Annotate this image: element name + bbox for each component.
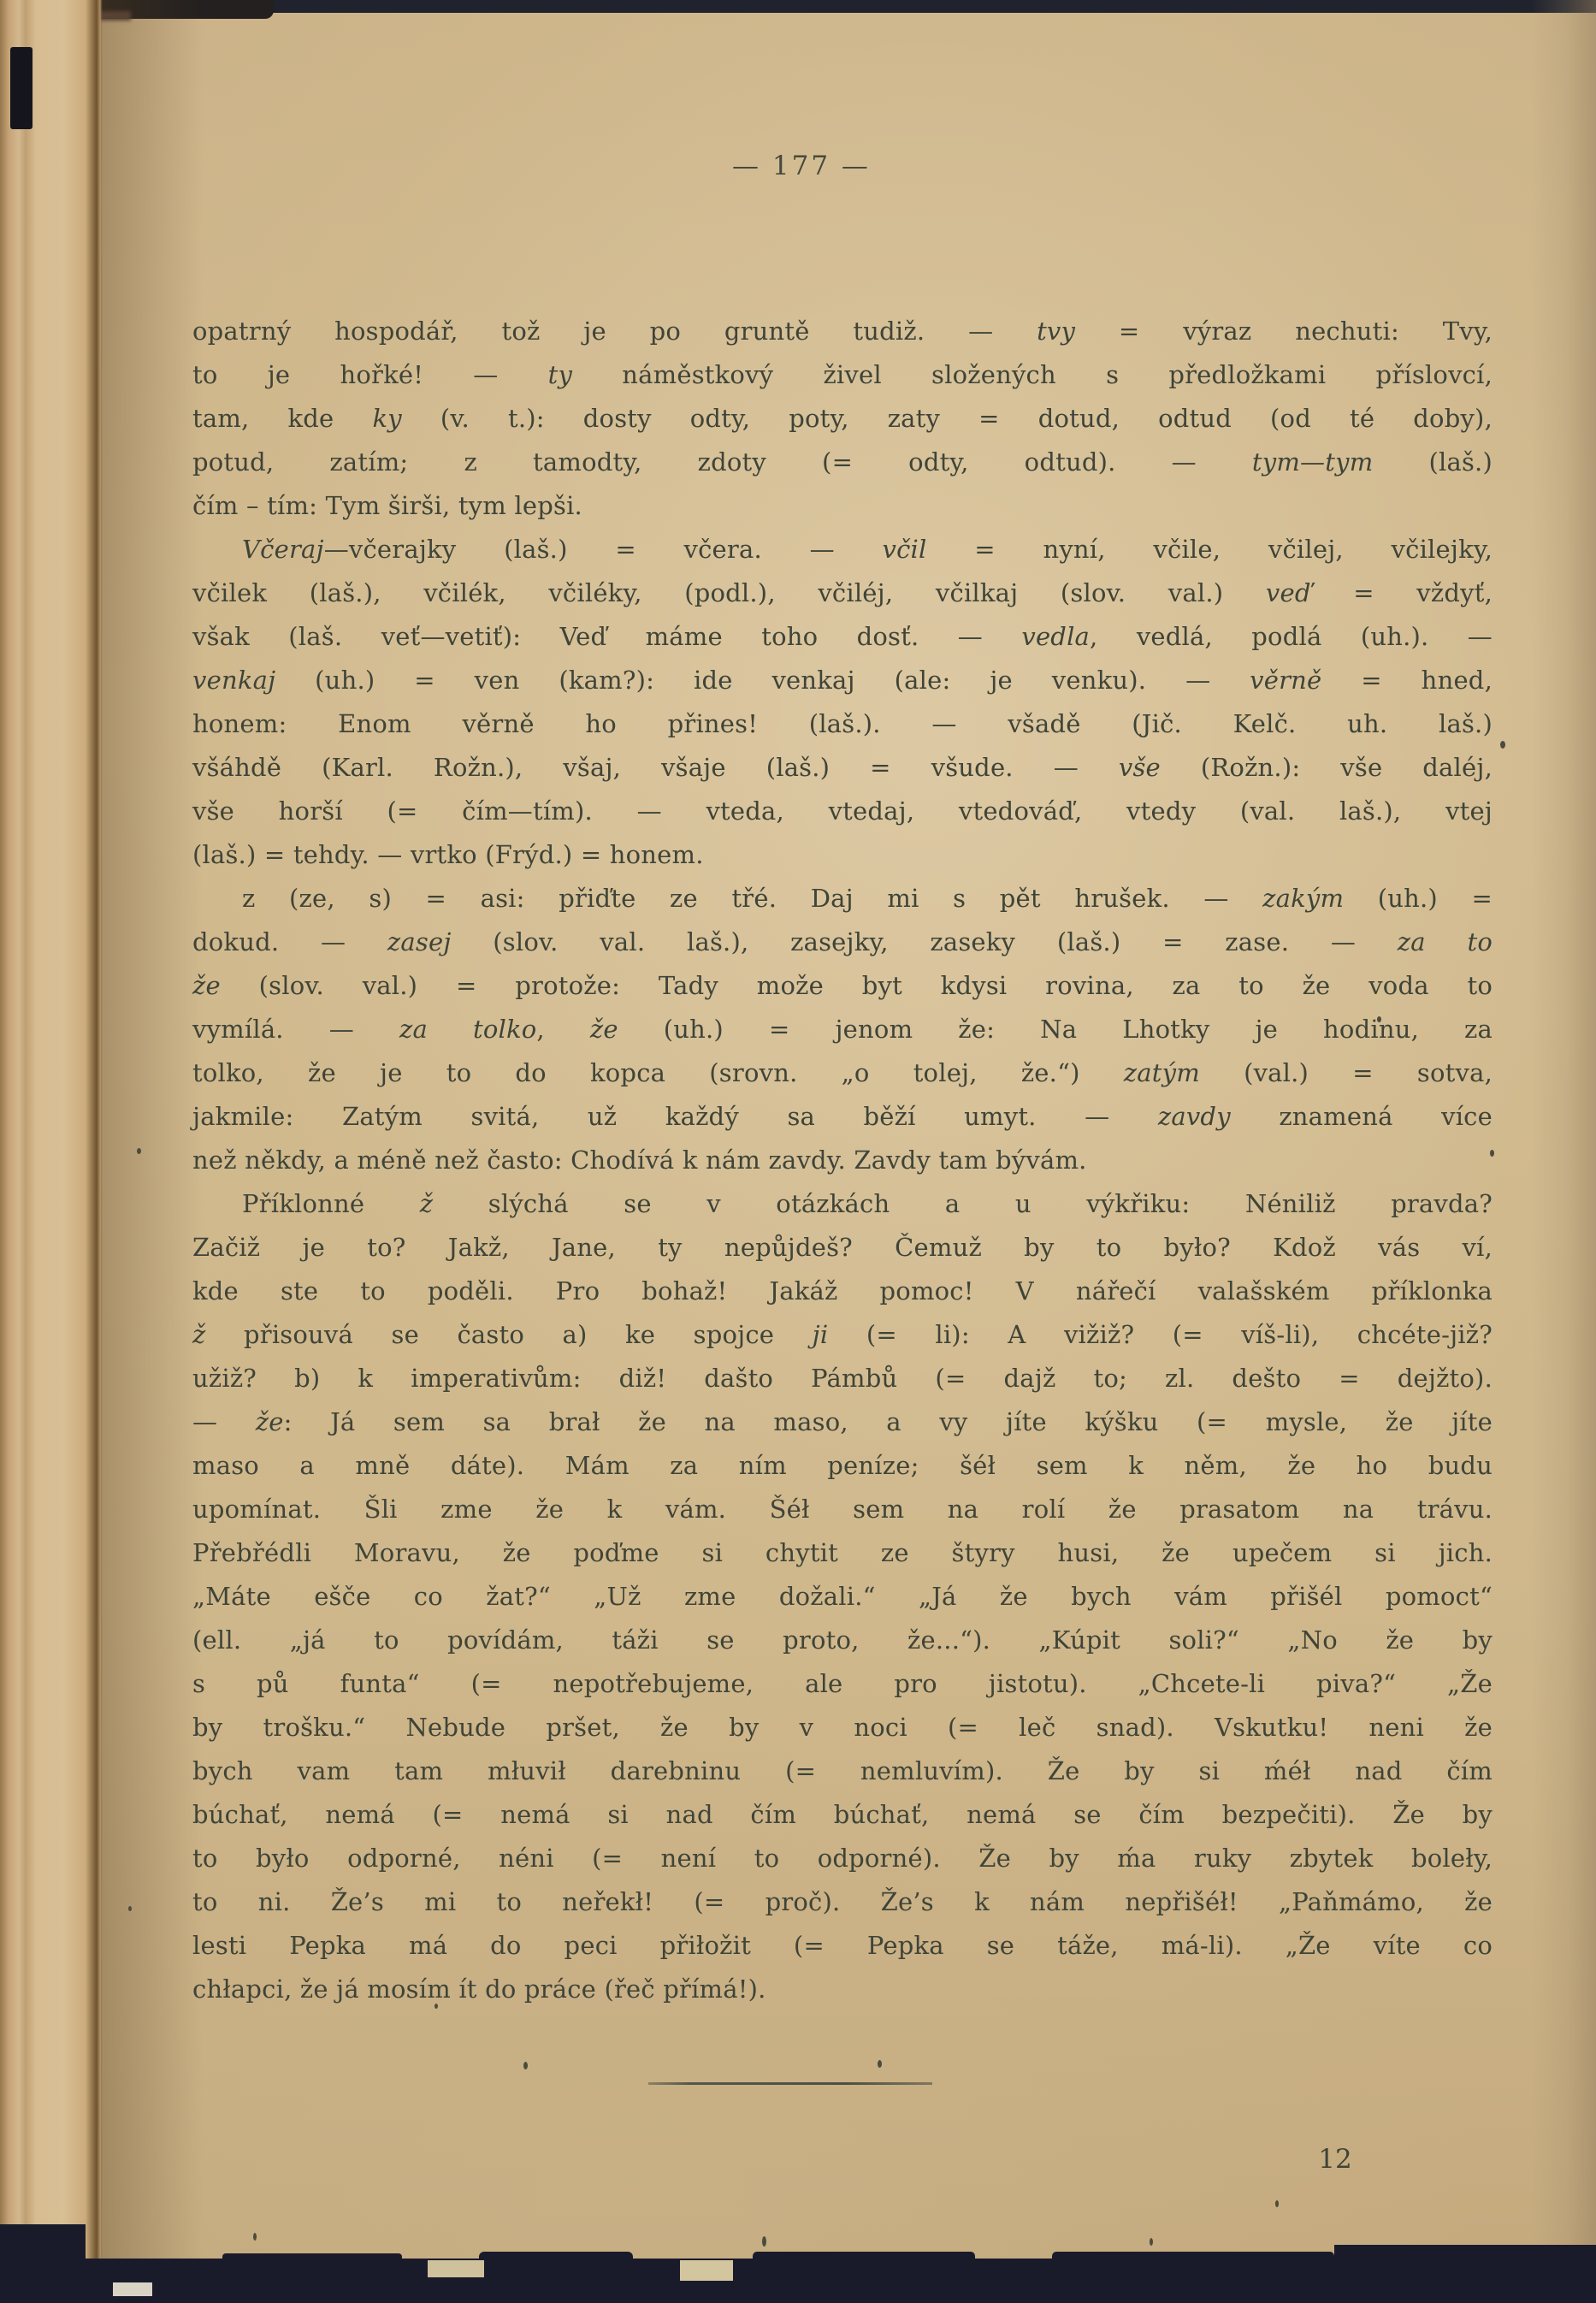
text-line: z (ze, s) = asi: přiďte ze třé. Daj mi s…: [192, 877, 1493, 921]
text-segment: to było odporné, néni (= není to odporné…: [192, 1844, 1493, 1873]
text-segment: (laš.) = tehdy. — vrtko (Frýd.) = honem.: [192, 840, 704, 869]
text-segment: (uh.) =: [1344, 884, 1493, 913]
ink-speck: [762, 2236, 766, 2247]
text-line: búchať, nemá (= nemá si nad čím búchať, …: [192, 1793, 1493, 1837]
italic-headword: tvy: [1037, 317, 1075, 346]
italic-headword: zavdy: [1158, 1102, 1231, 1131]
text-line: dokud. — zasej (slov. val. laš.), zasejk…: [192, 921, 1493, 964]
text-line: to je hořké! — ty náměstkový živel slože…: [192, 353, 1493, 397]
text-segment: Příklonné: [242, 1189, 420, 1218]
text-line: Včeraj—včerajky (laš.) = včera. — včil =…: [192, 528, 1493, 571]
text-line: však (laš. veť—vetiť): Veď máme toho dos…: [192, 615, 1493, 659]
ink-speck: [137, 1148, 141, 1154]
text-segment: s pů funta“ (= nepotřebujeme, ale pro ji…: [192, 1669, 1493, 1698]
text-segment: ,: [536, 1015, 589, 1044]
text-line: (ell. „já to povídám, táži se proto, že.…: [192, 1619, 1493, 1662]
text-line: „Máte ešče co žat?“ „Už zme dožali.“ „Já…: [192, 1575, 1493, 1619]
text-line: to ni. Že’s mi to neřekł! (= proč). Že’s…: [192, 1880, 1493, 1924]
text-line: Přebřédli Moravu, že poďme si chytit ze …: [192, 1531, 1493, 1575]
text-segment: jakmile: Zatým svitá, už každý sa běží u…: [192, 1102, 1158, 1131]
ink-speck: [878, 2060, 882, 2068]
italic-headword: ž: [420, 1189, 433, 1218]
text-segment: —včerajky (laš.) = včera. —: [324, 535, 883, 564]
ink-speck: [1500, 741, 1505, 749]
text-segment: Přebřédli Moravu, že poďme si chytit ze …: [192, 1538, 1493, 1567]
text-segment: (val.) = sotva,: [1200, 1058, 1493, 1087]
italic-headword: včil: [883, 535, 927, 564]
text-line: bych vam tam młuvił darebninu (= nemluví…: [192, 1749, 1493, 1793]
text-segment: včilek (laš.), včilék, včiléky, (podl.),…: [192, 578, 1266, 607]
text-segment: by trošku.“ Nebude pršet, že by v noci (…: [192, 1713, 1493, 1742]
text-segment: (slov. val. laš.), zasejky, zaseky (laš.…: [452, 927, 1398, 956]
text-segment: lesti Pepka má do peci přiłožit (= Pepka…: [192, 1931, 1493, 1960]
text-segment: to ni. Že’s mi to neřekł! (= proč). Že’s…: [192, 1887, 1493, 1916]
italic-headword: že: [590, 1015, 618, 1044]
ink-speck: [1490, 1150, 1494, 1157]
italic-headword: vedla: [1021, 622, 1090, 651]
text-segment: slýchá se v otázkách a u výkřiku: Nénili…: [433, 1189, 1493, 1218]
scan-left-mark: [10, 47, 33, 129]
text-segment: potud, zatím; z tamodty, zdoty (= odty, …: [192, 447, 1252, 477]
italic-headword: veď: [1266, 578, 1311, 607]
italic-headword: zasej: [387, 927, 452, 956]
text-segment: chłapci, že já mosím ít do práce (řeč př…: [192, 1974, 766, 2004]
text-segment: : Já sem sa brał že na maso, a vy jíte k…: [284, 1407, 1493, 1436]
ink-speck: [523, 2062, 528, 2069]
text-segment: užiž? b) k imperativům: diž! dašto Pámbů…: [192, 1364, 1493, 1393]
italic-headword: vše: [1119, 753, 1161, 782]
text-segment: honem: Enom věrně ho přines! (laš.). — v…: [192, 709, 1493, 738]
text-segment: (v. t.): dosty odty, poty, zaty = dotud,…: [402, 404, 1493, 433]
italic-headword: věrně: [1250, 666, 1321, 695]
text-segment: = hned,: [1321, 666, 1493, 695]
text-segment: (laš.): [1373, 447, 1493, 477]
page-left-edge: [0, 0, 103, 2303]
text-segment: (= li): A vižiž? (= víš-li), chcéte-již?: [828, 1320, 1493, 1349]
italic-headword: ji: [813, 1320, 829, 1349]
text-line: všáhdě (Karl. Rožn.), všaj, všaje (laš.)…: [192, 746, 1493, 790]
text-segment: z (ze, s) = asi: přiďte ze třé. Daj mi s…: [242, 884, 1262, 913]
text-line: než někdy, a méně než často: Chodívá k n…: [192, 1139, 1493, 1182]
scan-bottom-rag: [1334, 2245, 1596, 2260]
text-segment: maso a mně dáte). Mám za ním peníze; šéł…: [192, 1451, 1493, 1480]
text-line: opatrný hospodář, tož je po gruntě tudiž…: [192, 310, 1493, 353]
text-segment: (uh.) = ven (kam?): ide venkaj (ale: je …: [275, 666, 1250, 695]
text-segment: však (laš. veť—vetiť): Veď máme toho dos…: [192, 622, 1021, 651]
text-line: jakmile: Zatým svitá, už každý sa běží u…: [192, 1095, 1493, 1139]
text-segment: než někdy, a méně než často: Chodívá k n…: [192, 1146, 1087, 1175]
ink-speck: [128, 1906, 132, 1911]
gutter-shadow: [101, 0, 204, 2303]
text-line: Začiž je to? Jakž, Jane, ty nepůjdeš? Če…: [192, 1226, 1493, 1270]
text-segment: znamená více: [1231, 1102, 1493, 1131]
page-number: — 177 —: [151, 151, 1451, 181]
text-segment: = vždyť,: [1311, 578, 1493, 607]
text-segment: (ell. „já to povídám, táži se proto, že.…: [192, 1625, 1493, 1655]
text-segment: Začiž je to? Jakž, Jane, ty nepůjdeš? Če…: [192, 1233, 1493, 1262]
text-segment: čím – tím: Tym širši, tym lepši.: [192, 491, 582, 520]
text-line: lesti Pepka má do peci přiłožit (= Pepka…: [192, 1924, 1493, 1968]
text-block: opatrný hospodář, tož je po gruntě tudiž…: [192, 310, 1493, 2011]
text-segment: bych vam tam młuvił darebninu (= nemluví…: [192, 1756, 1493, 1785]
text-segment: vymílá. —: [192, 1015, 399, 1044]
text-line: že (slov. val.) = protože: Tady može byt…: [192, 964, 1493, 1008]
text-line: tolko, že je to do kopca (srovn. „o tole…: [192, 1051, 1493, 1095]
text-line: by trošku.“ Nebude pršet, že by v noci (…: [192, 1706, 1493, 1749]
text-line: vše horší (= čím—tím). — vteda, vtedaj, …: [192, 790, 1493, 833]
text-segment: tam, kde: [192, 404, 372, 433]
italic-headword: že: [192, 971, 221, 1000]
italic-headword: tym—tym: [1252, 447, 1373, 477]
text-line: čím – tím: Tym širši, tym lepši.: [192, 484, 1493, 528]
italic-headword: za tolko: [399, 1015, 536, 1044]
text-line: maso a mně dáte). Mám za ním peníze; šéł…: [192, 1444, 1493, 1488]
text-line: tam, kde ky (v. t.): dosty odty, poty, z…: [192, 397, 1493, 441]
scanned-book-page: { "document": { "page_number_display": "…: [0, 0, 1596, 2303]
text-segment: = nyní, včile, včilej, včilejky,: [927, 535, 1493, 564]
italic-headword: ky: [372, 404, 401, 433]
ink-speck: [1150, 2238, 1153, 2246]
text-line: užiž? b) k imperativům: diž! dašto Pámbů…: [192, 1357, 1493, 1400]
scan-bottom-band: [0, 2259, 1596, 2303]
text-segment: tolko, že je to do kopca (srovn. „o tole…: [192, 1058, 1124, 1087]
ink-speck: [1275, 2200, 1279, 2207]
text-line: včilek (laš.), včilék, včiléky, (podl.),…: [192, 571, 1493, 615]
text-line: Příklonné ž slýchá se v otázkách a u výk…: [192, 1182, 1493, 1226]
signature-mark: 12: [1297, 2144, 1374, 2175]
text-segment: to je hořké! —: [192, 360, 548, 389]
text-segment: opatrný hospodář, tož je po gruntě tudiž…: [192, 317, 1037, 346]
text-segment: všáhdě (Karl. Rožn.), všaj, všaje (laš.)…: [192, 753, 1119, 782]
text-line: s pů funta“ (= nepotřebujeme, ale pro ji…: [192, 1662, 1493, 1706]
text-line: to było odporné, néni (= není to odporné…: [192, 1837, 1493, 1880]
text-segment: „Máte ešče co žat?“ „Už zme dožali.“ „Já…: [192, 1582, 1493, 1611]
text-line: (laš.) = tehdy. — vrtko (Frýd.) = honem.: [192, 833, 1493, 877]
scan-bottom-notch: [680, 2260, 733, 2281]
italic-headword: za to: [1398, 927, 1493, 956]
italic-headword: ž: [192, 1320, 205, 1349]
text-segment: upomínat. Šli zme že k vám. Šéł sem na r…: [192, 1495, 1493, 1524]
italic-headword: zatým: [1124, 1058, 1200, 1087]
italic-headword: zakým: [1262, 884, 1344, 913]
scan-bottom-rag: [222, 2253, 402, 2264]
text-segment: dokud. —: [192, 927, 387, 956]
text-segment: (Rožn.): vše daléj,: [1161, 753, 1493, 782]
ink-speck: [1377, 1016, 1381, 1022]
scan-bottom-rag: [1052, 2252, 1334, 2262]
scan-bottom-rag: [479, 2252, 633, 2265]
text-segment: búchať, nemá (= nemá si nad čím búchať, …: [192, 1800, 1493, 1829]
text-segment: přisouvá se často a) ke spojce: [205, 1320, 812, 1349]
text-segment: náměstkový živel složených s předložkami…: [572, 360, 1493, 389]
text-line: chłapci, že já mosím ít do práce (řeč př…: [192, 1968, 1493, 2011]
text-segment: (uh.) = jenom že: Na Lhotky je hodinu, z…: [618, 1015, 1493, 1044]
text-line: upomínat. Šli zme že k vám. Šéł sem na r…: [192, 1488, 1493, 1531]
section-divider-rule: [648, 2082, 932, 2085]
scan-bottom-notch: [113, 2282, 152, 2296]
text-line: potud, zatím; z tamodty, zdoty (= odty, …: [192, 441, 1493, 484]
italic-headword: že: [256, 1407, 284, 1436]
ink-speck: [434, 2004, 438, 2009]
text-line: venkaj (uh.) = ven (kam?): ide venkaj (a…: [192, 659, 1493, 702]
text-segment: = výraz nechuti: Tvy,: [1075, 317, 1493, 346]
scan-bottom-notch: [428, 2260, 484, 2277]
italic-headword: ty: [548, 360, 572, 389]
text-segment: vše horší (= čím—tím). — vteda, vtedaj, …: [192, 796, 1493, 826]
scan-bottom-rag: [753, 2252, 975, 2264]
text-line: honem: Enom věrně ho přines! (laš.). — v…: [192, 702, 1493, 746]
text-segment: —: [192, 1407, 256, 1436]
text-line: ž přisouvá se často a) ke spojce ji (= l…: [192, 1313, 1493, 1357]
text-segment: (slov. val.) = protože: Tady može byt kd…: [221, 971, 1493, 1000]
text-line: kde ste to poděli. Pro bohaž! Jakáž pomo…: [192, 1270, 1493, 1313]
text-segment: , vedlá, podlá (uh.). —: [1090, 622, 1493, 651]
text-line: vymílá. — za tolko, že (uh.) = jenom že:…: [192, 1008, 1493, 1051]
ink-speck: [253, 2233, 257, 2241]
italic-headword: Včeraj: [242, 535, 324, 564]
text-segment: kde ste to poděli. Pro bohaž! Jakáž pomo…: [192, 1276, 1493, 1305]
italic-headword: venkaj: [192, 666, 275, 695]
page-right-edge: [1531, 0, 1596, 2303]
text-line: — že: Já sem sa brał že na maso, a vy jí…: [192, 1400, 1493, 1444]
